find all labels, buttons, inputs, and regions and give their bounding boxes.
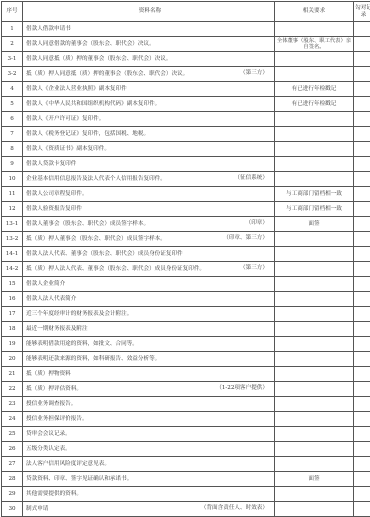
table-row: 4 借款人《企业法人营业执照》副本复印件 有已进行年检戳记 (2, 82, 370, 97)
row-check-cell[interactable] (354, 292, 370, 307)
row-number: 14-1 (2, 247, 23, 262)
row-check-cell[interactable] (354, 472, 370, 487)
row-check-cell[interactable] (354, 82, 370, 97)
row-requirement (275, 247, 354, 262)
table-row: 5 借款人《中华人民共和国组织机构代码》副本复印件。 有已进行年检戳记 (2, 97, 370, 112)
row-number: 1 (2, 22, 23, 37)
row-document-name: 借款人企业简介 (23, 277, 275, 292)
row-document-name: 授信业务调查报告。 (23, 397, 275, 412)
row-check-cell[interactable] (354, 202, 370, 217)
row-number: 7 (2, 127, 23, 142)
header-no: 序号 (2, 2, 23, 22)
row-requirement (275, 22, 354, 37)
document-name-text: 抵（质）押物资料 (26, 371, 71, 377)
row-requirement (275, 337, 354, 352)
document-name-text: 其他需要提供的资料。 (26, 491, 82, 497)
row-requirement: 与工商部门留档相一致 (275, 202, 354, 217)
row-requirement (275, 232, 354, 247)
table-row: 15 借款人企业简介 (2, 277, 370, 292)
document-name-text: 借款人《资质证书》副本复印件。 (26, 146, 110, 152)
row-document-name: 抵（质）押物资料 (23, 367, 275, 382)
row-document-name: 借款人同意抵（质）押的董事会（股东会、职代会）决议。 (23, 52, 275, 67)
row-number: 5 (2, 97, 23, 112)
table-row: 7 借款人《税务登记证》复印件，包括国税、地税。 (2, 127, 370, 142)
row-requirement (275, 127, 354, 142)
row-number: 27 (2, 457, 23, 472)
table-row: 14-1 借款人法人代表、董事会（股东会、职代会）成员身份证复印件 (2, 247, 370, 262)
header-check: 勾对记录 (354, 2, 370, 22)
table-row: 21 抵（质）押物资料 (2, 367, 370, 382)
row-document-name: 借款人《税务登记证》复印件，包括国税、地税。 (23, 127, 275, 142)
table-header-row: 序号 资料名称 相关要求 勾对记录 (2, 2, 370, 22)
document-name-text: 借款人法人代表简介 (26, 296, 76, 302)
row-number: 14-2 (2, 262, 23, 277)
row-document-name: 五级分类认定表。 (23, 442, 275, 457)
table-row: 19 能够表明借款用途的资料，如批文、合同等。 (2, 337, 370, 352)
table-row: 28 贷款资料、印章、签字见证确认和承诺书。 面签 (2, 472, 370, 487)
document-name-text: 近三个年度经审计的财务报表及会计附注。 (26, 311, 132, 317)
row-check-cell[interactable] (354, 112, 370, 127)
document-name-text: 贷审会会议记录。 (26, 431, 71, 437)
header-requirement: 相关要求 (275, 2, 354, 22)
row-document-name: 借款人验资报告复印件 (23, 202, 275, 217)
table-row: 8 借款人《资质证书》副本复印件。 (2, 142, 370, 157)
document-name-text: 法人客户信用风险度评定意见表。 (26, 461, 110, 467)
table-row: 1 借款人借款申请书 (2, 22, 370, 37)
document-name-text: 借款人《中华人民共和国组织机构代码》副本复印件。 (26, 101, 160, 107)
table-row: 29 其他需要提供的资料。 (2, 487, 370, 501)
document-name-text: 借款人借款申请书 (26, 26, 71, 32)
row-number: 21 (2, 367, 23, 382)
row-document-name: 借款人公司章程复印件。 (23, 187, 275, 202)
table-row: 24 授信业务担保评价报告。 (2, 412, 370, 427)
row-number: 24 (2, 412, 23, 427)
row-check-cell[interactable] (354, 247, 370, 262)
table-row: 13-2 抵（质）押人董事会（股东会、职代会）成员签字样本。（印章、第三方） (2, 232, 370, 247)
row-number: 13-2 (2, 232, 23, 247)
table-row: 16 借款人法人代表简介 (2, 292, 370, 307)
row-number: 6 (2, 112, 23, 127)
row-document-name: 借款人《中华人民共和国组织机构代码》副本复印件。 (23, 97, 275, 112)
table-row: 25 贷审会会议记录。 (2, 427, 370, 442)
row-number: 25 (2, 427, 23, 442)
table-row: 12 借款人验资报告复印件 与工商部门留档相一致 (2, 202, 370, 217)
row-requirement: 面签 (275, 217, 354, 232)
row-check-cell[interactable] (354, 307, 370, 322)
row-number: 22 (2, 382, 23, 397)
row-document-name: 授信业务担保评价报告。 (23, 412, 275, 427)
document-name-text: 授信业务担保评价报告。 (26, 416, 88, 422)
document-name-text: 最近一期财务报表及附注 (26, 326, 88, 332)
document-name-text: 借款人企业简介 (26, 281, 65, 287)
row-document-name: 借款人同意借款的董事会（股东会、职代会）决议。 (23, 37, 275, 52)
row-requirement (275, 52, 354, 67)
row-document-name: 借款人《资质证书》副本复印件。 (23, 142, 275, 157)
row-document-name: 近三个年度经审计的财务报表及会计附注。 (23, 307, 275, 322)
row-check-cell[interactable] (354, 157, 370, 172)
row-requirement (275, 322, 354, 337)
row-requirement (275, 442, 354, 457)
row-check-cell[interactable] (354, 262, 370, 277)
row-check-cell[interactable] (354, 127, 370, 142)
row-requirement (275, 292, 354, 307)
row-number: 9 (2, 157, 23, 172)
row-check-cell[interactable] (354, 97, 370, 112)
row-check-cell[interactable] (354, 427, 370, 442)
row-requirement (275, 382, 354, 397)
row-document-name: 贷款资料、印章、签字见证确认和承诺书。 (23, 472, 275, 487)
row-number: 8 (2, 142, 23, 157)
row-check-cell[interactable] (354, 52, 370, 67)
row-check-cell[interactable] (354, 397, 370, 412)
document-name-text: 抵（质）押人法人代表、董事会（股东会、职代会）成员身份证复印件。 (26, 266, 205, 272)
row-requirement (275, 367, 354, 382)
document-name-text: 企业基本信用信息报告及法人代表个人信用报告复印件。 (26, 176, 166, 182)
document-name-text: 借款人《企业法人营业执照》副本复印件 (26, 86, 127, 92)
row-requirement: 面签 (275, 472, 354, 487)
document-note: （第三方） (240, 265, 268, 272)
row-number: 15 (2, 277, 23, 292)
row-number: 13-1 (2, 217, 23, 232)
row-requirement: 有已进行年检戳记 (275, 97, 354, 112)
row-check-cell[interactable] (354, 37, 370, 52)
document-name-text: 授信业务调查报告。 (26, 401, 76, 407)
document-note: （征信系统） (234, 175, 268, 182)
row-requirement (275, 172, 354, 187)
table-row: 10 企业基本信用信息报告及法人代表个人信用报告复印件。（征信系统） (2, 172, 370, 187)
row-number: 10 (2, 172, 23, 187)
table-row: 9 借款人贷款卡复印件 (2, 157, 370, 172)
row-number: 26 (2, 442, 23, 457)
row-requirement (275, 397, 354, 412)
row-check-cell[interactable] (354, 277, 370, 292)
row-document-name: 能够表明借款用途的资料，如批文、合同等。 (23, 337, 275, 352)
document-name-text: 贷款资料、印章、签字见证确认和承诺书。 (26, 476, 132, 482)
row-document-name: 抵（质）押人董事会（股东会、职代会）成员签字样本。（印章、第三方） (23, 232, 275, 247)
row-check-cell[interactable] (354, 22, 370, 37)
row-document-name: 能够表明还款来源的资料，如科研报告、效益分析等。 (23, 352, 275, 367)
document-name-text: 能够表明还款来源的资料，如科研报告、效益分析等。 (26, 356, 160, 362)
row-requirement (275, 277, 354, 292)
document-name-text: 能够表明借款用途的资料，如批文、合同等。 (26, 341, 138, 347)
row-check-cell[interactable] (354, 457, 370, 472)
header-name: 资料名称 (23, 2, 275, 22)
table-row: 6 借款人《开户许可证》复印件。 (2, 112, 370, 127)
row-number: 29 (2, 487, 23, 501)
row-check-cell[interactable] (354, 67, 370, 82)
row-number: 16 (2, 292, 23, 307)
row-document-name: 最近一期财务报表及附注 (23, 322, 275, 337)
row-document-name: 抵（质）押评估资料。（1-22项客户提供） (23, 382, 275, 397)
document-name-text: 抵（质）押评估资料。 (26, 386, 82, 392)
row-document-name: 借款人法人代表简介 (23, 292, 275, 307)
row-document-name: 借款人《开户许可证》复印件。 (23, 112, 275, 127)
row-requirement (275, 112, 354, 127)
row-document-name: 借款人法人代表、董事会（股东会、职代会）成员身份证复印件 (23, 247, 275, 262)
row-check-cell[interactable] (354, 367, 370, 382)
table-row: 20 能够表明还款来源的资料，如科研报告、效益分析等。 (2, 352, 370, 367)
row-requirement (275, 307, 354, 322)
row-requirement (275, 142, 354, 157)
row-check-cell[interactable] (354, 352, 370, 367)
table-row: 26 五级分类认定表。 (2, 442, 370, 457)
row-check-cell[interactable] (354, 232, 370, 247)
row-document-name: 借款人贷款卡复印件 (23, 157, 275, 172)
document-name-text: 借款人董事会（股东会、职代会）成员签字样本。 (26, 221, 149, 227)
row-check-cell[interactable] (354, 172, 370, 187)
row-number: 23 (2, 397, 23, 412)
row-requirement (275, 487, 354, 501)
row-number: 2 (2, 37, 23, 52)
row-check-cell[interactable] (354, 217, 370, 232)
row-requirement: 与工商部门留档相一致 (275, 187, 354, 202)
table-row: 3-2 抵（质）押人同意抵（质）押的董事会（股东会、职代会）决议。（第三方） (2, 67, 370, 82)
row-requirement (275, 352, 354, 367)
row-number: 20 (2, 352, 23, 367)
table-row: 13-1 借款人董事会（股东会、职代会）成员签字样本。（印章） 面签 (2, 217, 370, 232)
row-check-cell[interactable] (354, 382, 370, 397)
row-document-name: 抵（质）押人法人代表、董事会（股东会、职代会）成员身份证复印件。（第三方） (23, 262, 275, 277)
table-row: 14-2 抵（质）押人法人代表、董事会（股东会、职代会）成员身份证复印件。（第三… (2, 262, 370, 277)
document-name-text: 借款人验资报告复印件 (26, 206, 82, 212)
document-note: （第三方） (240, 70, 268, 77)
document-checklist-table: 序号 资料名称 相关要求 勾对记录 1 借款人借款申请书 2 借款人同意借款的董… (1, 1, 370, 500)
row-requirement (275, 67, 354, 82)
row-document-name: 借款人《企业法人营业执照》副本复印件 (23, 82, 275, 97)
row-number: 12 (2, 202, 23, 217)
row-number: 11 (2, 187, 23, 202)
table-row: 27 法人客户信用风险度评定意见表。 (2, 457, 370, 472)
row-document-name: 借款人借款申请书 (23, 22, 275, 37)
document-name-text: 借款人法人代表、董事会（股东会、职代会）成员身份证复印件 (26, 251, 183, 257)
row-document-name: 其他需要提供的资料。 (23, 487, 275, 501)
row-number: 19 (2, 337, 23, 352)
document-name-text: 五级分类认定表。 (26, 446, 71, 452)
row-requirement (275, 262, 354, 277)
row-requirement (275, 427, 354, 442)
row-requirement (275, 412, 354, 427)
document-name-text: 抵（质）押人同意抵（质）押的董事会（股东会、职代会）决议。 (26, 71, 188, 77)
row-document-name: 抵（质）押人同意抵（质）押的董事会（股东会、职代会）决议。（第三方） (23, 67, 275, 82)
row-number: 3-1 (2, 52, 23, 67)
row-check-cell[interactable] (354, 142, 370, 157)
document-name-text: 借款人《开户许可证》复印件。 (26, 116, 104, 122)
document-note: （印章） (246, 220, 268, 227)
row-number: 17 (2, 307, 23, 322)
document-name-text: 借款人同意抵（质）押的董事会（股东会、职代会）决议。 (26, 56, 171, 62)
row-number: 28 (2, 472, 23, 487)
document-note: （1-22项客户提供） (216, 385, 268, 392)
document-name-text: 抵（质）押人董事会（股东会、职代会）成员签字样本。 (26, 236, 166, 242)
row-check-cell[interactable] (354, 412, 370, 427)
table-row: 22 抵（质）押评估资料。（1-22项客户提供） (2, 382, 370, 397)
row-number: 4 (2, 82, 23, 97)
row-check-cell[interactable] (354, 442, 370, 457)
row-requirement (275, 457, 354, 472)
document-name-text: 借款人公司章程复印件。 (26, 191, 88, 197)
table-row: 3-1 借款人同意抵（质）押的董事会（股东会、职代会）决议。 (2, 52, 370, 67)
row-requirement: 全体董事（股东、职工代表）亲自签名。 (275, 37, 354, 52)
row-requirement (275, 157, 354, 172)
row-document-name: 贷审会会议记录。 (23, 427, 275, 442)
row-check-cell[interactable] (354, 337, 370, 352)
row-number: 18 (2, 322, 23, 337)
document-note: （印章、第三方） (223, 235, 268, 242)
document-name-text: 借款人同意借款的董事会（股东会、职代会）决议。 (26, 41, 155, 47)
table-row: 11 借款人公司章程复印件。 与工商部门留档相一致 (2, 187, 370, 202)
table-row: 2 借款人同意借款的董事会（股东会、职代会）决议。 全体董事（股东、职工代表）亲… (2, 37, 370, 52)
row-document-name: 法人客户信用风险度评定意见表。 (23, 457, 275, 472)
table-row: 17 近三个年度经审计的财务报表及会计附注。 (2, 307, 370, 322)
table-row: 18 最近一期财务报表及附注 (2, 322, 370, 337)
document-name-text: 借款人《税务登记证》复印件，包括国税、地税。 (26, 131, 149, 137)
row-check-cell[interactable] (354, 487, 370, 501)
row-document-name: 企业基本信用信息报告及法人代表个人信用报告复印件。（征信系统） (23, 172, 275, 187)
document-name-text: 借款人贷款卡复印件 (26, 161, 76, 167)
row-requirement: 有已进行年检戳记 (275, 82, 354, 97)
table-row: 23 授信业务调查报告。 (2, 397, 370, 412)
row-number: 3-2 (2, 67, 23, 82)
row-check-cell[interactable] (354, 322, 370, 337)
row-document-name: 借款人董事会（股东会、职代会）成员签字样本。（印章） (23, 217, 275, 232)
row-check-cell[interactable] (354, 187, 370, 202)
